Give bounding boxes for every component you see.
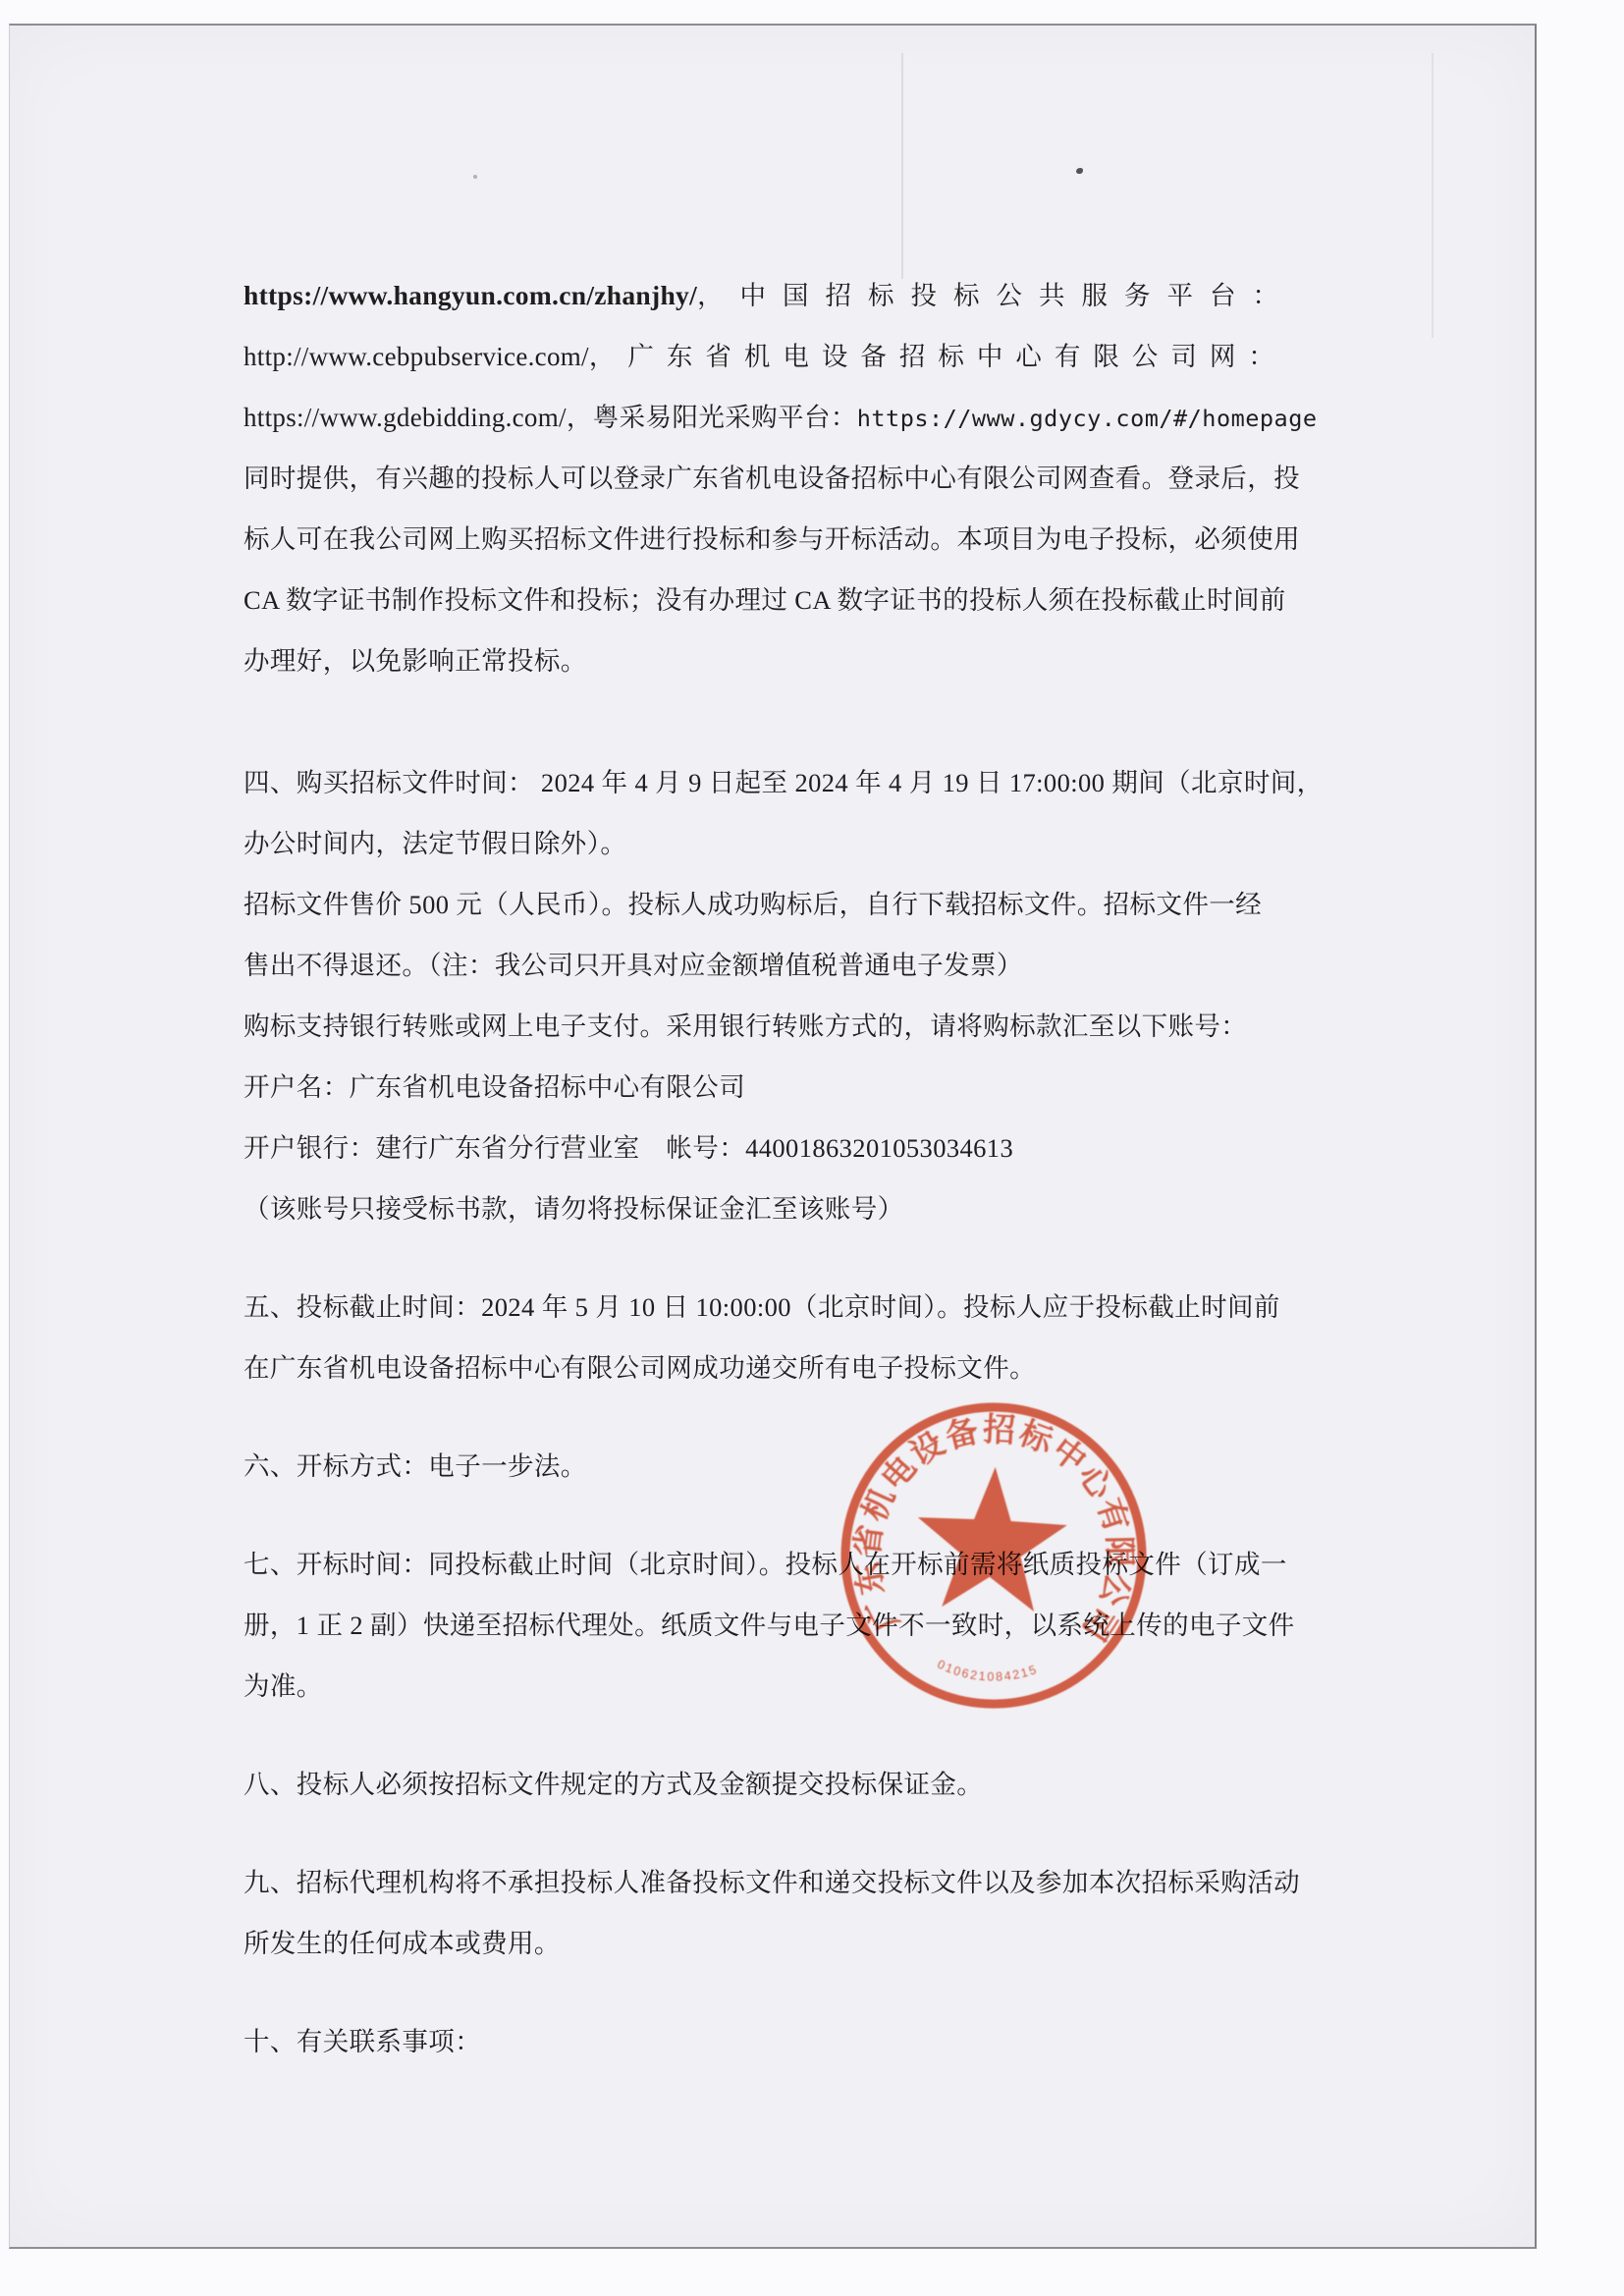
- section-5-line-2: 在广东省机电设备招标中心有限公司网成功递交所有电子投标文件。: [244, 1338, 1287, 1398]
- text-run: https://www.hangyun.com.cn/zhanjhy/: [244, 280, 697, 310]
- scan-speck: [473, 175, 477, 179]
- section-10-line-1: 十、有关联系事项：: [244, 2011, 1287, 2072]
- section-4-line-1: 四、购买招标文件时间： 2024 年 4 月 9 日起至 2024 年 4 月 …: [244, 752, 1287, 813]
- text-run: ，广东省机电设备招标中心有限公司网：: [589, 342, 1287, 371]
- text-run: ，粤采易阳光采购平台：: [567, 403, 857, 432]
- document-body: https://www.hangyun.com.cn/zhanjhy/，中国招标…: [244, 265, 1287, 2072]
- company-seal-stamp: 广东省机电设备招标中心有限公司 4401062108421539: [821, 1383, 1165, 1727]
- text-run: 八、投标人必须按招标文件规定的方式及金额提交投标保证金。: [244, 1770, 983, 1799]
- text-run: ，中国招标投标公共服务平台：: [697, 281, 1295, 310]
- text-run: 售出不得退还。（注：我公司只开具对应金额增值税普通电子发票）: [244, 951, 1023, 980]
- text-run: 标人可在我公司网上购买招标文件进行投标和参与开标活动。本项目为电子投标，必须使用: [244, 524, 1300, 554]
- text-run: https://www.gdycy.com/#/homepage: [857, 405, 1318, 432]
- text-run: 开户银行：建行广东省分行营业室 帐号：44001863201053034613: [244, 1133, 1013, 1163]
- scanned-document-page: https://www.hangyun.com.cn/zhanjhy/，中国招标…: [9, 24, 1537, 2249]
- section-9-line-1: 九、招标代理机构将不承担投标人准备投标文件和递交投标文件以及参加本次招标采购活动: [244, 1852, 1287, 1913]
- intro-line-1: https://www.hangyun.com.cn/zhanjhy/，中国招标…: [244, 265, 1287, 326]
- text-run: 九、招标代理机构将不承担投标人准备投标文件和递交投标文件以及参加本次招标采购活动: [244, 1868, 1300, 1897]
- text-run: 在广东省机电设备招标中心有限公司网成功递交所有电子投标文件。: [244, 1353, 1036, 1383]
- intro-line-6: CA 数字证书制作投标文件和投标；没有办理过 CA 数字证书的投标人须在投标截止…: [244, 570, 1287, 630]
- text-run: 开户名：广东省机电设备招标中心有限公司: [244, 1072, 745, 1102]
- intro-line-5: 标人可在我公司网上购买招标文件进行投标和参与开标活动。本项目为电子投标，必须使用: [244, 509, 1287, 570]
- paragraph-gap: [244, 1815, 1287, 1852]
- text-run: https://www.gdebidding.com/: [244, 403, 567, 432]
- paragraph-gap: [244, 1974, 1287, 2011]
- paragraph-gap: [244, 691, 1287, 752]
- intro-line-7: 办理好，以免影响正常投标。: [244, 630, 1287, 691]
- text-run: 办理好，以免影响正常投标。: [244, 646, 587, 676]
- section-4-line-2: 办公时间内，法定节假日除外）。: [244, 813, 1287, 874]
- scan-streak-artifact: [1432, 53, 1434, 338]
- text-run: 购标支持银行转账或网上电子支付。采用银行转账方式的，请将购标款汇至以下账号：: [244, 1011, 1247, 1041]
- bank-account-line: 开户银行：建行广东省分行营业室 帐号：44001863201053034613: [244, 1118, 1287, 1178]
- section-5-line-1: 五、投标截止时间：2024 年 5 月 10 日 10:00:00（北京时间）。…: [244, 1277, 1287, 1338]
- text-run: 五、投标截止时间：2024 年 5 月 10 日 10:00:00（北京时间）。…: [244, 1292, 1280, 1322]
- text-run: （该账号只接受标书款，请勿将投标保证金汇至该账号）: [244, 1194, 904, 1224]
- paragraph-gap: [244, 1239, 1287, 1277]
- intro-line-3: https://www.gdebidding.com/，粤采易阳光采购平台：ht…: [244, 387, 1287, 448]
- text-run: http://www.cebpubservice.com/: [244, 342, 589, 371]
- section-8-line-1: 八、投标人必须按招标文件规定的方式及金额提交投标保证金。: [244, 1754, 1287, 1815]
- section-4-line-5: 购标支持银行转账或网上电子支付。采用银行转账方式的，请将购标款汇至以下账号：: [244, 996, 1287, 1057]
- text-run: 同时提供，有兴趣的投标人可以登录广东省机电设备招标中心有限公司网查看。登录后，投: [244, 464, 1300, 493]
- section-4-line-4: 售出不得退还。（注：我公司只开具对应金额增值税普通电子发票）: [244, 935, 1287, 996]
- scan-speck: [1076, 168, 1083, 174]
- text-run: 所发生的任何成本或费用。: [244, 1929, 561, 1958]
- section-9-line-2: 所发生的任何成本或费用。: [244, 1913, 1287, 1974]
- text-run: CA 数字证书制作投标文件和投标；没有办理过 CA 数字证书的投标人须在投标截止…: [244, 585, 1286, 615]
- account-note-line: （该账号只接受标书款，请勿将投标保证金汇至该账号）: [244, 1178, 1287, 1239]
- seal-star-icon: [913, 1463, 1070, 1613]
- intro-line-4: 同时提供，有兴趣的投标人可以登录广东省机电设备招标中心有限公司网查看。登录后，投: [244, 448, 1287, 509]
- text-run: 四、购买招标文件时间： 2024 年 4 月 9 日起至 2024 年 4 月 …: [244, 768, 1324, 797]
- text-run: 招标文件售价 500 元（人民币）。投标人成功购标后，自行下载招标文件。招标文件…: [244, 890, 1262, 919]
- intro-line-2: http://www.cebpubservice.com/，广东省机电设备招标中…: [244, 326, 1287, 387]
- text-run: 十、有关联系事项：: [244, 2027, 481, 2056]
- text-run: 办公时间内，法定节假日除外）。: [244, 829, 626, 858]
- text-run: 为准。: [244, 1671, 323, 1701]
- section-4-line-3: 招标文件售价 500 元（人民币）。投标人成功购标后，自行下载招标文件。招标文件…: [244, 874, 1287, 935]
- text-run: 六、开标方式：电子一步法。: [244, 1451, 587, 1481]
- scan-streak-artifact: [901, 53, 903, 279]
- account-name-line: 开户名：广东省机电设备招标中心有限公司: [244, 1057, 1287, 1118]
